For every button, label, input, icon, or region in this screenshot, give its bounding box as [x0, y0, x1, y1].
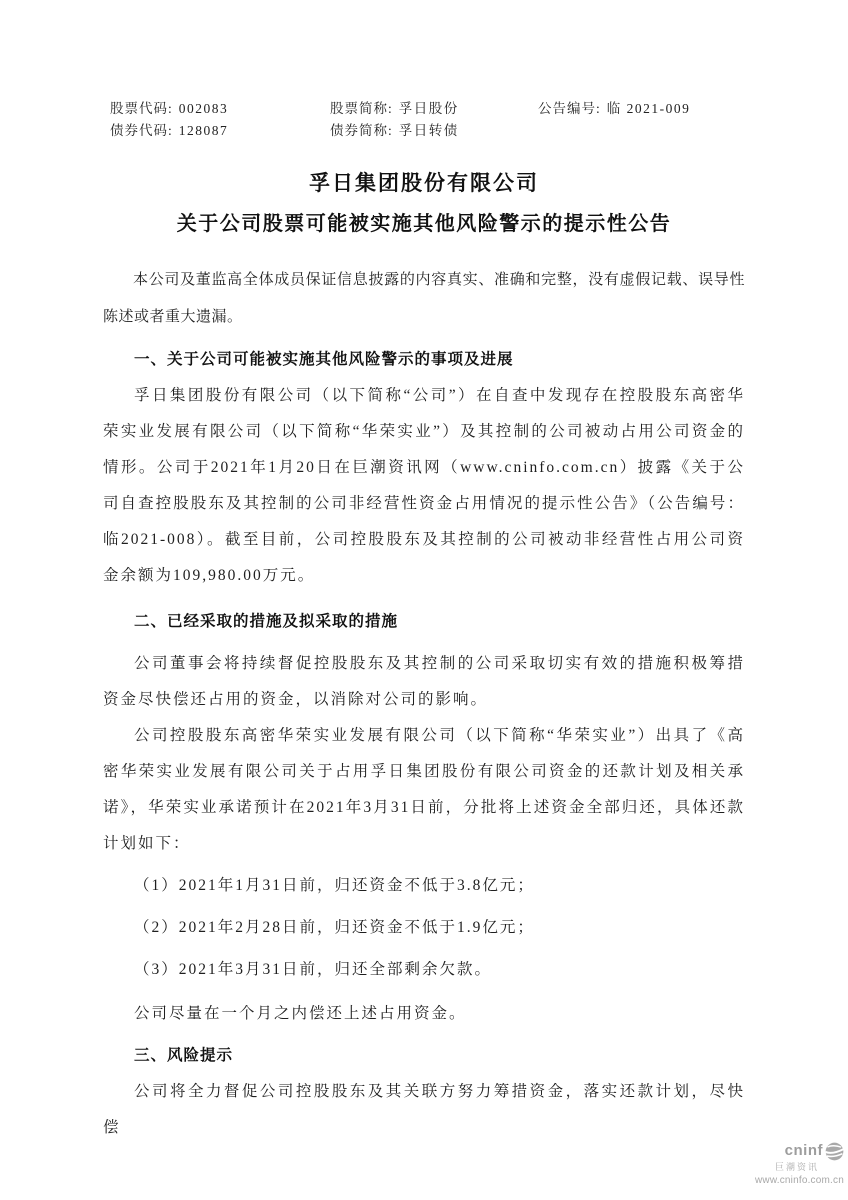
stock-short-row: 股票简称:孚日股份 [330, 98, 538, 120]
document-content: 股票代码:002083 债券代码:128087 股票简称:孚日股份 债券简称:孚… [0, 0, 848, 1146]
section-3-heading: 三、风险提示 [103, 1038, 745, 1074]
header-announcement-column: 公告编号:临 2021-009 [538, 98, 745, 142]
stock-short-value: 孚日股份 [399, 101, 459, 116]
section-1-heading: 一、关于公司可能被实施其他风险警示的事项及进展 [103, 342, 745, 378]
cninfo-url: www.cninfo.com.cn [755, 1175, 844, 1186]
header-names-column: 股票简称:孚日股份 债券简称:孚日转债 [330, 98, 538, 142]
bond-code-label: 债券代码: [110, 123, 173, 138]
section-2-paragraph-1: 公司董事会将持续督促控股股东及其控制的公司采取切实有效的措施积极筹措资金尽快偿还… [103, 646, 745, 718]
cninfo-brand-chinese: 巨潮资讯 [755, 1163, 819, 1173]
cninfo-watermark: cninf 巨潮资讯 www.cninfo.com.cn [755, 1142, 844, 1186]
bond-short-row: 债券简称:孚日转债 [330, 120, 538, 142]
bond-short-label: 债券简称: [330, 123, 393, 138]
stock-code-value: 002083 [179, 101, 229, 116]
section-2-heading: 二、已经采取的措施及拟采取的措施 [103, 604, 745, 640]
company-title: 孚日集团股份有限公司 [103, 170, 745, 197]
stock-code-row: 股票代码:002083 [110, 98, 330, 120]
announcement-no-row: 公告编号:临 2021-009 [538, 98, 745, 120]
header-codes-column: 股票代码:002083 债券代码:128087 [110, 98, 330, 142]
announcement-title: 关于公司股票可能被实施其他风险警示的提示性公告 [103, 211, 745, 238]
cninfo-swirl-icon [825, 1142, 844, 1161]
announcement-no-value: 临 2021-009 [607, 101, 691, 116]
announcement-no-label: 公告编号: [538, 101, 601, 116]
stock-code-label: 股票代码: [110, 101, 173, 116]
bond-code-value: 128087 [179, 123, 229, 138]
document-page: 股票代码:002083 债券代码:128087 股票简称:孚日股份 债券简称:孚… [0, 0, 848, 1200]
stock-short-label: 股票简称: [330, 101, 393, 116]
bond-short-value: 孚日转债 [399, 123, 459, 138]
document-header: 股票代码:002083 债券代码:128087 股票简称:孚日股份 债券简称:孚… [103, 98, 745, 142]
section-2-closing-paragraph: 公司尽量在一个月之内偿还上述占用资金。 [103, 996, 745, 1032]
section-1-paragraph: 孚日集团股份有限公司（以下简称“公司”）在自查中发现存在控股股东高密华荣实业发展… [103, 378, 745, 594]
repayment-plan-item-3: （3）2021年3月31日前，归还全部剩余欠款。 [103, 952, 745, 988]
repayment-plan-item-1: （1）2021年1月31日前，归还资金不低于3.8亿元； [103, 868, 745, 904]
cninfo-brand-row: cninf [755, 1142, 844, 1161]
disclaimer-paragraph: 本公司及董监高全体成员保证信息披露的内容真实、准确和完整，没有虚假记载、误导性陈… [103, 262, 745, 336]
cninfo-brand-text: cninf [785, 1143, 823, 1160]
repayment-plan-item-2: （2）2021年2月28日前，归还资金不低于1.9亿元； [103, 910, 745, 946]
bond-code-row: 债券代码:128087 [110, 120, 330, 142]
section-3-paragraph: 公司将全力督促公司控股股东及其关联方努力筹措资金，落实还款计划，尽快偿 [103, 1074, 745, 1146]
section-2-paragraph-2: 公司控股股东高密华荣实业发展有限公司（以下简称“华荣实业”）出具了《高密华荣实业… [103, 718, 745, 862]
